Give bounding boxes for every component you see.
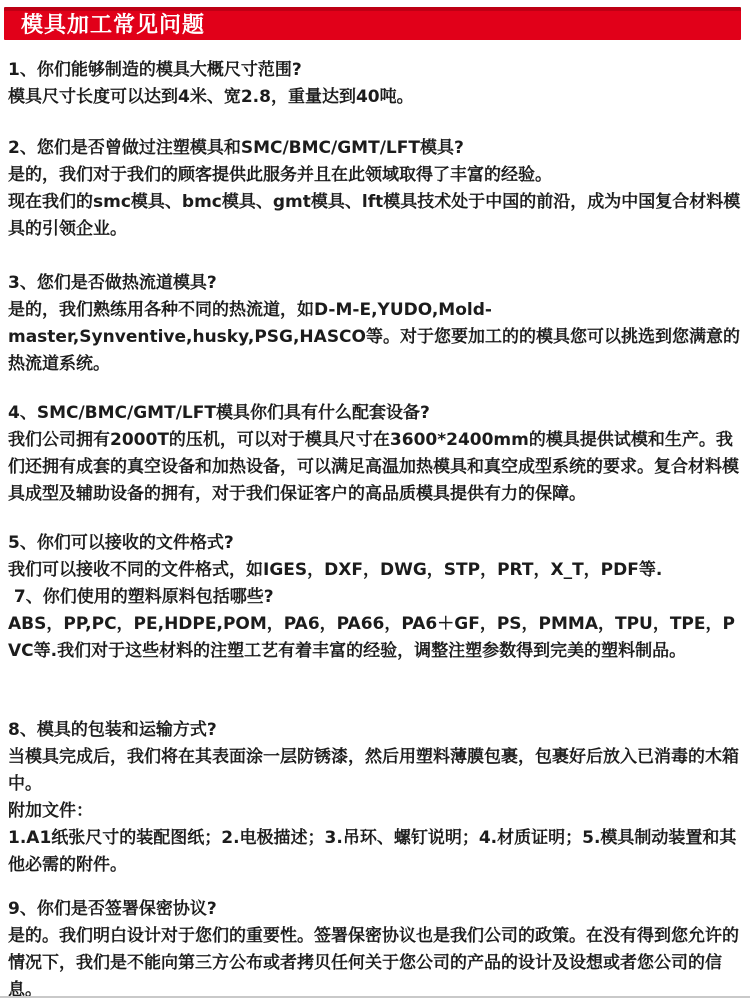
page-title-banner: 模具加工常见问题 — [4, 7, 741, 40]
faq-section: 9、你们是否签署保密协议?是的。我们明白设计对于您们的重要性。签署保密协议也是我… — [8, 896, 742, 1000]
faq-question: 2、您们是否曾做过注塑模具和SMC/BMC/GMT/LFT模具? — [8, 135, 742, 162]
faq-section: 8、模具的包装和运输方式?当模具完成后，我们将在其表面涂一层防锈漆，然后用塑料薄… — [8, 717, 742, 879]
faq-question: 5、你们可以接收的文件格式? — [8, 530, 742, 557]
faq-question: 7、你们使用的塑料原料包括哪些? — [8, 584, 742, 611]
faq-answer: 1.A1纸张尺寸的装配图纸；2.电极描述；3.吊环、螺钉说明；4.材质证明；5.… — [8, 825, 742, 879]
faq-question: 3、您们是否做热流道模具? — [8, 270, 742, 297]
faq-answer: 是的，我们熟练用各种不同的热流道，如D-M-E,YUDO,Mold- — [8, 297, 742, 324]
faq-question: 9、你们是否签署保密协议? — [8, 896, 742, 923]
faq-section: 2、您们是否曾做过注塑模具和SMC/BMC/GMT/LFT模具?是的，我们对于我… — [8, 135, 742, 243]
faq-answer: master,Synventive,husky,PSG,HASCO等。对于您要加… — [8, 324, 742, 378]
faq-answer: 现在我们的smc模具、bmc模具、gmt模具、lft模具技术处于中国的前沿，成为… — [8, 189, 742, 243]
faq-answer: 当模具完成后，我们将在其表面涂一层防锈漆，然后用塑料薄膜包裹，包裹好后放入已消毒… — [8, 744, 742, 798]
faq-answer: 我们可以接收不同的文件格式，如IGES，DXF，DWG，STP，PRT，X_T，… — [8, 557, 742, 584]
faq-answer: 模具尺寸长度可以达到4米、宽2.8，重量达到40吨。 — [8, 84, 742, 111]
faq-page: 模具加工常见问题 1、你们能够制造的模具大概尺寸范围?模具尺寸长度可以达到4米、… — [0, 7, 750, 1000]
faq-section: 3、您们是否做热流道模具?是的，我们熟练用各种不同的热流道，如D-M-E,YUD… — [8, 270, 742, 378]
faq-answer: ABS，PP,PC，PE,HDPE,POM，PA6，PA66，PA6＋GF，PS… — [8, 611, 742, 665]
faq-answer: 我们公司拥有2000T的压机，可以对于模具尺寸在3600*2400mm的模具提供… — [8, 427, 742, 508]
faq-section: 1、你们能够制造的模具大概尺寸范围?模具尺寸长度可以达到4米、宽2.8，重量达到… — [8, 57, 742, 111]
faq-answer: 是的。我们明白设计对于您们的重要性。签署保密协议也是我们公司的政策。在没有得到您… — [8, 923, 742, 1000]
faq-section: 5、你们可以接收的文件格式?我们可以接收不同的文件格式，如IGES，DXF，DW… — [8, 530, 742, 584]
faq-section: 7、你们使用的塑料原料包括哪些?ABS，PP,PC，PE,HDPE,POM，PA… — [8, 584, 742, 665]
faq-answer: 是的，我们对于我们的顾客提供此服务并且在此领域取得了丰富的经验。 — [8, 162, 742, 189]
bottom-divider — [0, 996, 750, 998]
faq-content: 1、你们能够制造的模具大概尺寸范围?模具尺寸长度可以达到4米、宽2.8，重量达到… — [0, 57, 750, 1000]
faq-answer: 附加文件： — [8, 798, 742, 825]
faq-question: 4、SMC/BMC/GMT/LFT模具你们具有什么配套设备? — [8, 400, 742, 427]
faq-question: 1、你们能够制造的模具大概尺寸范围? — [8, 57, 742, 84]
page-title: 模具加工常见问题 — [4, 15, 205, 37]
faq-question: 8、模具的包装和运输方式? — [8, 717, 742, 744]
faq-section: 4、SMC/BMC/GMT/LFT模具你们具有什么配套设备?我们公司拥有2000… — [8, 400, 742, 508]
